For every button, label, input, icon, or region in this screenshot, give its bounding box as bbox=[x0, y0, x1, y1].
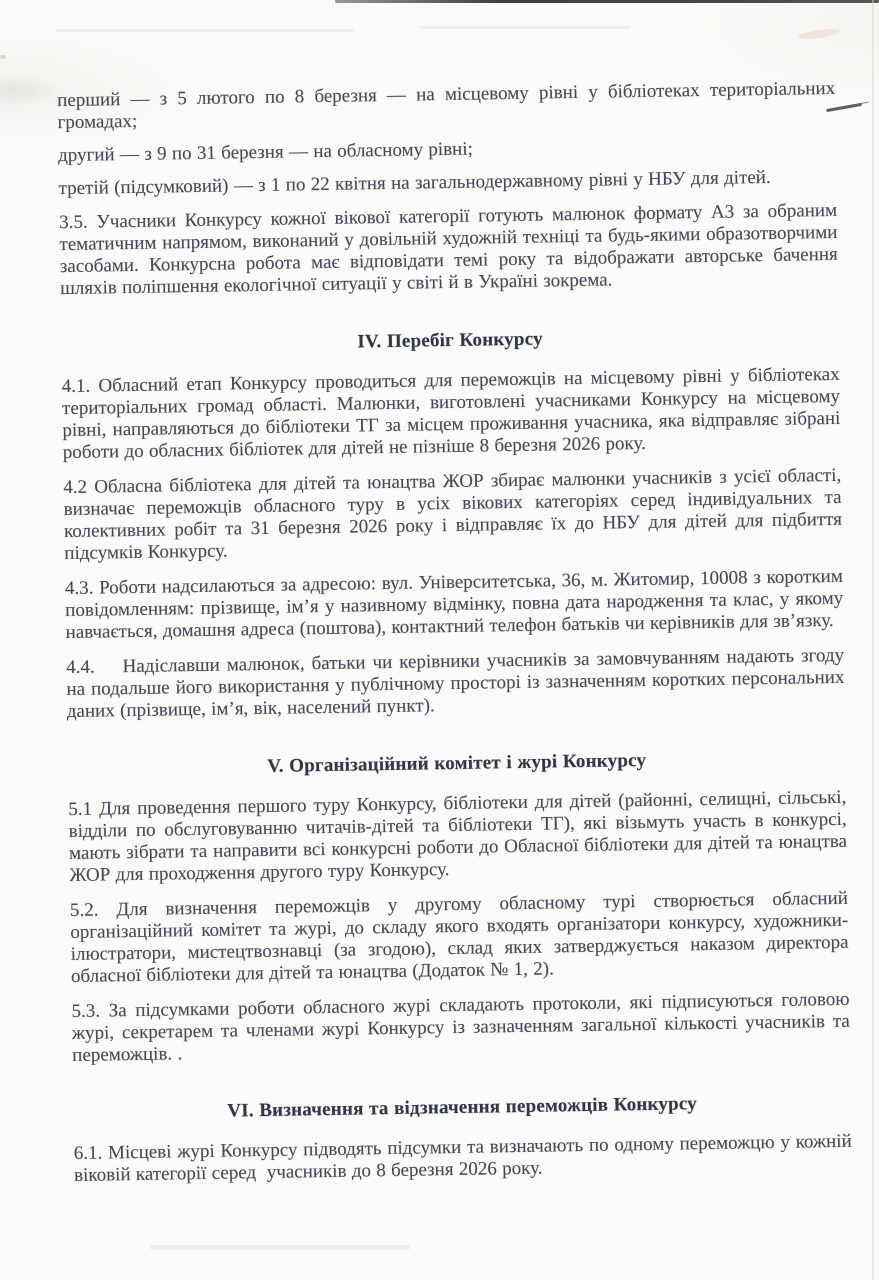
scan-artifact-streak bbox=[55, 29, 355, 32]
stage-item-first: перший — з 5 лютого по 8 березня — на мі… bbox=[57, 78, 836, 134]
scan-artifact-scanline bbox=[872, 0, 874, 1280]
clause-5-1: 5.1 Для проведення першого туру Конкурсу… bbox=[68, 787, 847, 887]
clause-4-2: 4.2 Обласна бібліотека для дітей та юнац… bbox=[63, 465, 842, 565]
scan-artifact-smudge bbox=[0, 76, 58, 106]
stage-item-third: третій (підсумковий) — з 1 по 22 квітня … bbox=[58, 166, 836, 200]
clause-3-5: 3.5. Учасники Конкурсу кожної вікової ка… bbox=[59, 200, 838, 300]
scanned-page: перший — з 5 лютого по 8 березня — на мі… bbox=[0, 0, 879, 1280]
clause-4-4: 4.4. Надіславши малюнок, батьки чи керів… bbox=[66, 645, 845, 723]
document-body: перший — з 5 лютого по 8 березня — на мі… bbox=[57, 78, 852, 1187]
clause-5-3: 5.3. За підсумками роботи обласного журі… bbox=[71, 989, 850, 1067]
clause-4-1: 4.1. Обласний етап Конкурсу проводиться … bbox=[62, 364, 841, 464]
clause-4-3: 4.3. Роботи надсилаються за адресою: вул… bbox=[65, 566, 844, 644]
scan-artifact-top-edge-shadow bbox=[335, 0, 879, 3]
stage-item-second: другий — з 9 по 31 березня — на обласном… bbox=[58, 133, 836, 167]
scan-artifact-speck bbox=[0, 55, 6, 59]
section-5-heading: V. Організаційний комітет і журі Конкурс… bbox=[68, 747, 846, 781]
section-4-heading: IV. Перебіг Конкурсу bbox=[61, 324, 839, 358]
scan-artifact-smudge bbox=[150, 1245, 410, 1250]
section-6-heading: VI. Визначення та відзначення переможців… bbox=[73, 1091, 851, 1125]
scan-artifact-pink-smudge bbox=[798, 27, 841, 41]
scan-artifact-streak bbox=[420, 26, 630, 29]
clause-5-2: 5.2. Для визначення переможців у другому… bbox=[70, 888, 849, 988]
clause-6-1: 6.1. Місцеві журі Конкурсу підводять під… bbox=[74, 1131, 853, 1187]
